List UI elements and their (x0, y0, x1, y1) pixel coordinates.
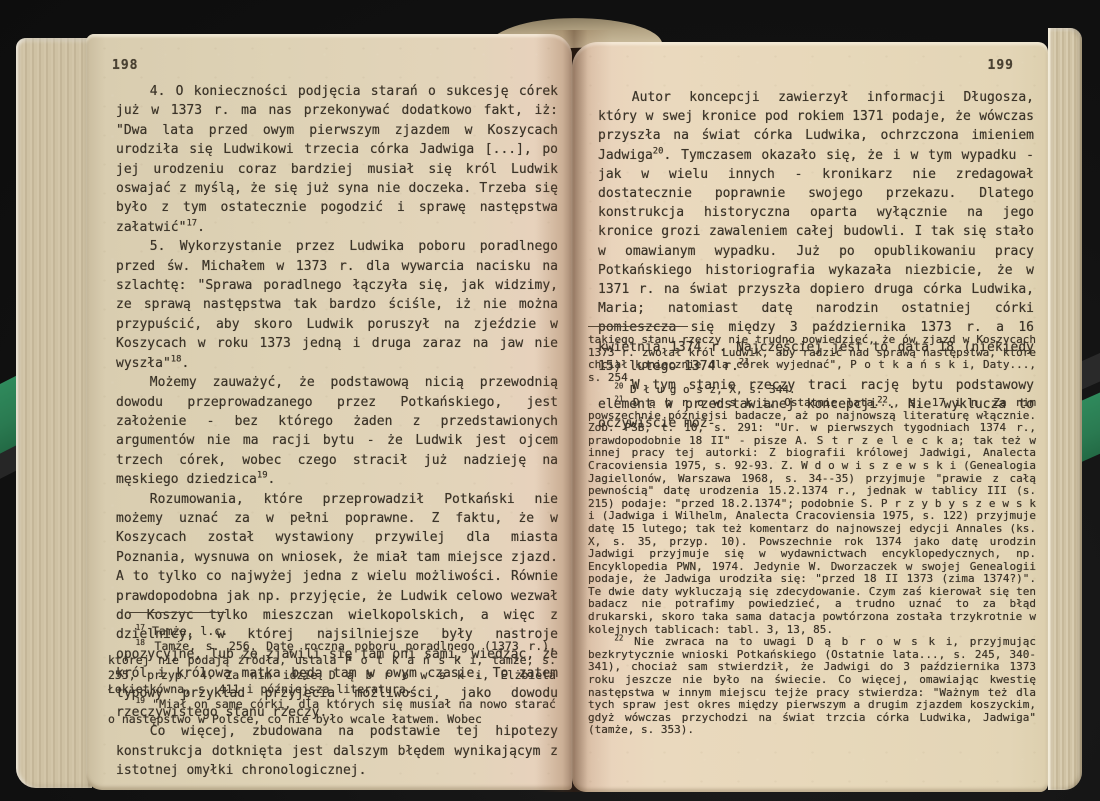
footnote: 17 Tamże, l.c. (108, 624, 556, 639)
open-book: 198 4. O konieczności podjęcia starań o … (16, 8, 1082, 792)
right-page-footnotes: takiego stanu rzeczy nie trudno powiedzi… (588, 334, 1036, 737)
footnote-reference: 17 (186, 219, 197, 229)
paragraph: Co więcej, zbudowana na podstawie tej hi… (116, 722, 558, 780)
page-199: 199 Autor koncepcji zawierzył informacji… (572, 42, 1048, 792)
footnote: 21 D ą b r o w s k i, Ostatnie lata..., … (588, 397, 1036, 636)
page-number-left: 198 (112, 58, 138, 73)
footnote-separator-right (588, 326, 688, 327)
page-198: 198 4. O konieczności podjęcia starań o … (86, 34, 572, 790)
footnote-number: 21 (614, 394, 623, 403)
footnote-number: 19 (136, 696, 145, 705)
paragraph: 4. O konieczności podjęcia starań o sukc… (116, 82, 558, 237)
footnote-reference: 18 (171, 354, 182, 364)
footnote-number: 20 (614, 382, 623, 391)
footnote-reference: 19 (257, 471, 268, 481)
footnote: 19 "Miał on same córki, dla których się … (108, 697, 556, 726)
photo-of-open-book: { "colors": { "background": "#121212", "… (0, 0, 1100, 801)
footnote: takiego stanu rzeczy nie trudno powiedzi… (588, 334, 1036, 384)
footnote-number: 17 (136, 623, 145, 632)
left-page-footnotes: 17 Tamże, l.c.18 Tamże, s. 256. Datę roc… (108, 624, 556, 726)
footnote: 18 Tamże, s. 256. Datę roczną poboru por… (108, 639, 556, 697)
footnote-number: 22 (614, 634, 623, 643)
footnote-reference: 20 (653, 146, 664, 156)
paragraph: Możemy zauważyć, że podstawową nicią prz… (116, 373, 558, 489)
page-edges-right (1048, 28, 1082, 790)
paragraph: 5. Wykorzystanie przez Ludwika poboru po… (116, 237, 558, 373)
footnote-separator-left (126, 612, 226, 613)
footnote: 22 Nie zwraca na to uwagi D ą b r o w s … (588, 636, 1036, 737)
page-number-right: 199 (988, 58, 1014, 73)
footnote-number: 18 (136, 638, 145, 647)
page-edges-left (16, 38, 92, 788)
